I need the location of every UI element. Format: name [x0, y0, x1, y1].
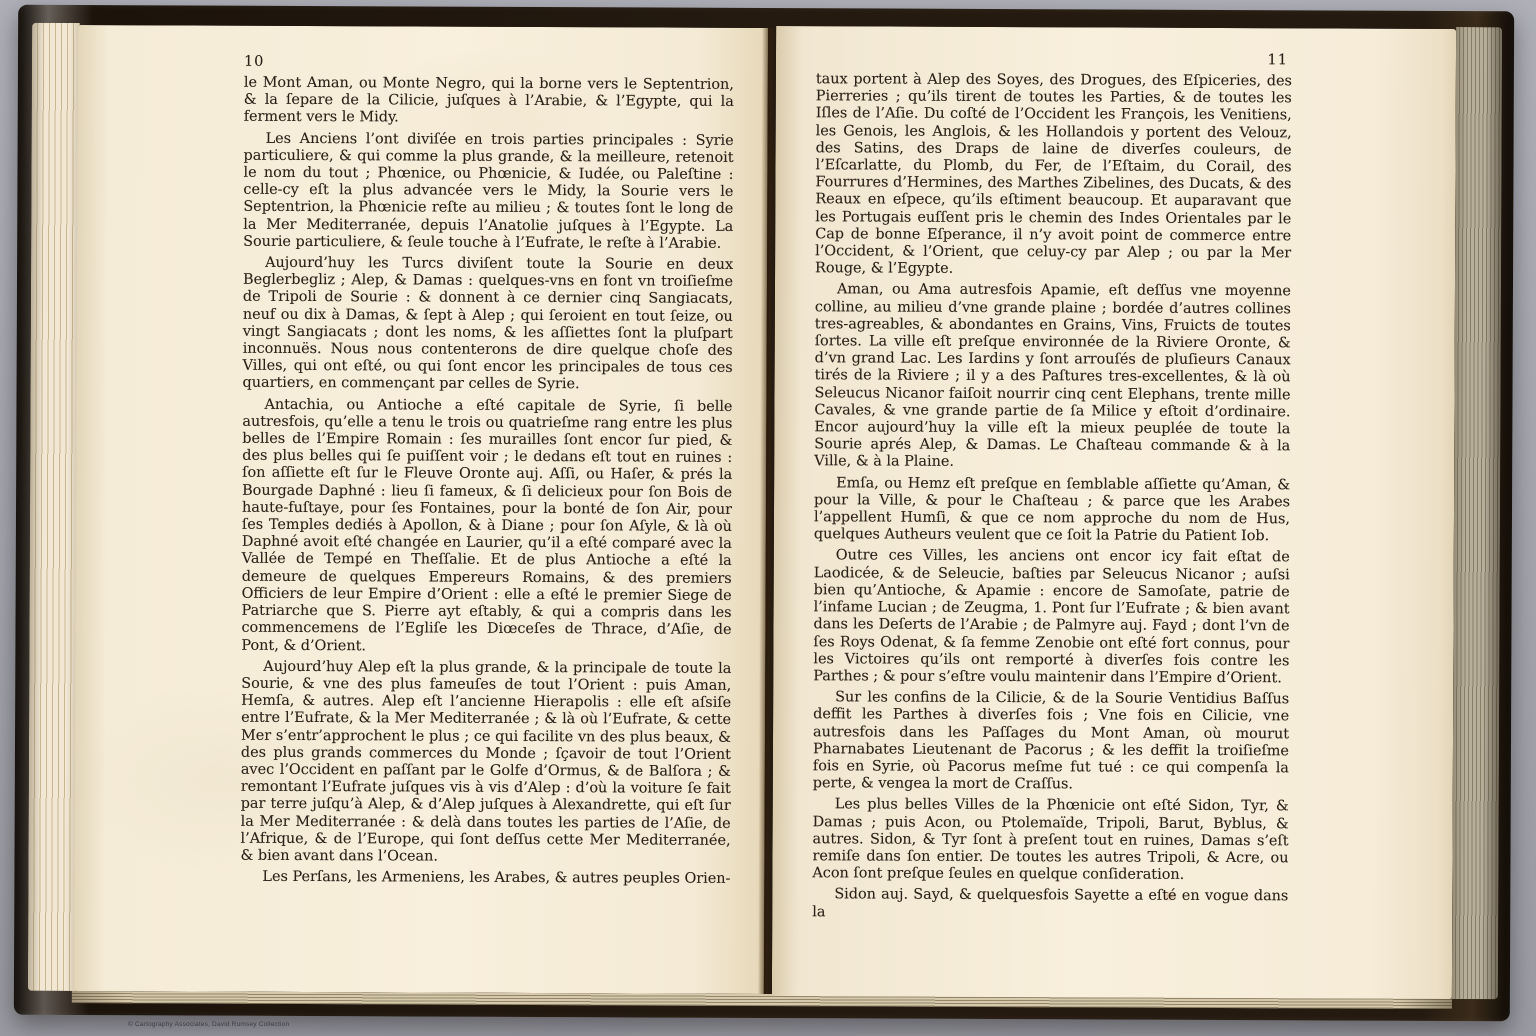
paragraph: Outre ces Villes, les anciens ont encor …: [813, 548, 1290, 688]
right-page: 11 taux portent à Alep des Soyes, des Dr…: [772, 26, 1456, 999]
paragraph: Aman, ou Ama autresfois Apamie, eſt deſſ…: [814, 282, 1291, 473]
paragraph: Les plus belles Villes de la Phœnicie on…: [812, 797, 1288, 885]
paragraph: Sur les confins de la Cilicie, & de la S…: [813, 689, 1289, 794]
left-page: 10 le Mont Aman, ou Monte Negro, qui la …: [74, 25, 768, 994]
paragraph: Les Anciens l’ont diviſée en trois parti…: [243, 130, 734, 253]
collection-watermark: © Cartography Associates, David Rumsey C…: [128, 1021, 289, 1028]
paragraph: le Mont Aman, ou Monte Negro, qui la bor…: [244, 75, 734, 129]
book: 10 le Mont Aman, ou Monte Negro, qui la …: [14, 5, 1514, 1022]
paragraph: Les Perſans, les Armeniens, les Arabes, …: [240, 869, 730, 888]
right-page-number: 11: [816, 50, 1292, 69]
left-page-paragraphs: le Mont Aman, ou Monte Negro, qui la bor…: [240, 75, 734, 888]
paragraph: Aujourd’huy les Turcs diviſent toute la …: [243, 255, 734, 395]
right-page-text-block: 11 taux portent à Alep des Soyes, des Dr…: [812, 50, 1292, 927]
paragraph: Emſa, ou Hemz eſt preſque en ſemblable a…: [814, 475, 1290, 546]
paragraph: Aujourd’huy Alep eſt la plus grande, & l…: [240, 658, 731, 867]
paragraph: Sidon auj. Sayd, & quelquesfois Sayette …: [812, 887, 1288, 923]
left-page-number: 10: [244, 54, 734, 73]
fore-edge-right: [1452, 27, 1502, 999]
paragraph: taux portent à Alep des Soyes, des Drogu…: [815, 71, 1292, 280]
page-stack-left-edge: [28, 23, 80, 991]
left-page-text-block: 10 le Mont Aman, ou Monte Negro, qui la …: [240, 54, 734, 892]
right-page-paragraphs: taux portent à Alep des Soyes, des Drogu…: [812, 71, 1292, 923]
paragraph: Antachia, ou Antioche a eſté capitale de…: [241, 396, 732, 656]
